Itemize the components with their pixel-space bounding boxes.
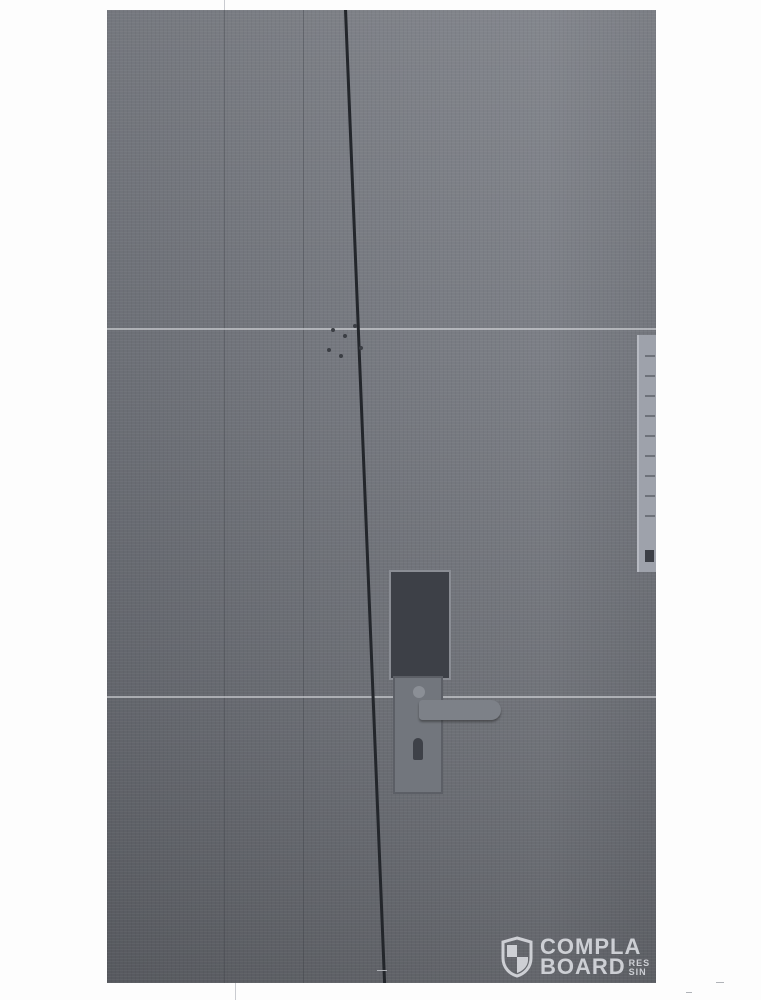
shield-icon	[500, 936, 534, 978]
door-panel-edge	[303, 10, 304, 983]
door-notice-sign	[637, 335, 656, 572]
keyhole-icon	[413, 738, 423, 760]
hinge-bolts	[319, 320, 369, 370]
door-panel-edge	[224, 10, 225, 983]
scan-noise	[107, 10, 656, 983]
watermark: COMPLA BOARD RES SIN	[500, 935, 650, 979]
lever-rose	[413, 686, 425, 698]
paper-fold-line	[107, 696, 656, 698]
sign-logo-icon	[645, 550, 654, 562]
paper-fold-line	[107, 328, 656, 330]
watermark-line-2: BOARD	[540, 957, 626, 977]
scan-artifact-line	[224, 0, 225, 10]
scan-artifact-line	[235, 983, 236, 1000]
scan-artifact-speck	[377, 970, 387, 971]
watermark-small-2: SIN	[629, 968, 651, 977]
keycard-reader	[389, 570, 451, 680]
page-margin	[656, 920, 761, 1000]
door-lever-handle	[419, 700, 501, 720]
door-photo	[107, 10, 656, 983]
